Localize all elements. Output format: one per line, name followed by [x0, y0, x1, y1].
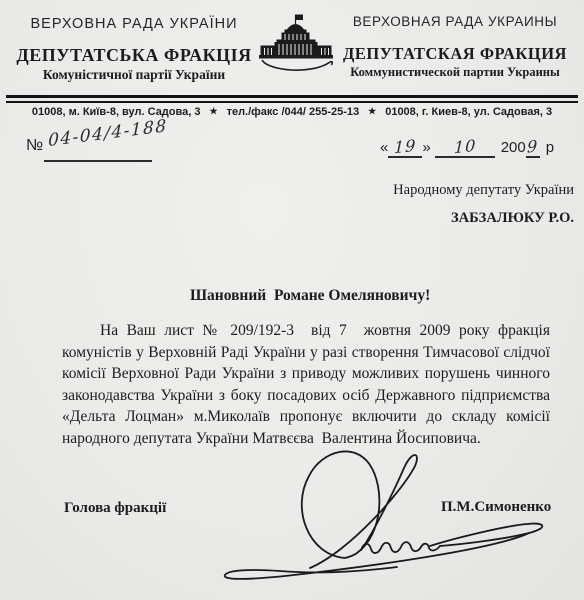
- ref-number-handwritten: 04-04/4-188: [48, 116, 168, 151]
- simonenko-signature: [195, 438, 565, 590]
- parliament-building-icon: [258, 14, 334, 78]
- recipient-role: Народному депутату України: [393, 182, 574, 199]
- address-ru: 01008, г. Киев-8, ул. Садовая, 3: [385, 106, 552, 118]
- date-year-printed: 200: [501, 139, 526, 156]
- recipient-name: ЗАБЗАЛЮКУ Р.О.: [393, 210, 574, 227]
- header-left-column: ВЕРХОВНА РАДА УКРАЇНИ ДЕПУТАТСЬКА ФРАКЦІ…: [10, 16, 258, 83]
- body-paragraph: На Ваш лист № 209/192-3 від 7 жовтня 200…: [62, 320, 550, 449]
- star-separator-icon: ★: [200, 106, 226, 116]
- address-ua: 01008, м. Київ-8, вул. Садова, 3: [32, 106, 201, 118]
- party-name-ua: Комуністичної партії України: [10, 67, 258, 83]
- party-name-ru: Коммунистической партии Украины: [332, 65, 578, 80]
- scanned-letter: ВЕРХОВНА РАДА УКРАЇНИ ДЕПУТАТСЬКА ФРАКЦІ…: [0, 0, 584, 600]
- header-right-column: ВЕРХОВНАЯ РАДА УКРАИНЫ ДЕПУТАТСКАЯ ФРАКЦ…: [332, 14, 578, 80]
- salutation: Шановний Романе Омеляновичу!: [190, 287, 430, 305]
- parliament-name-ua: ВЕРХОВНА РАДА УКРАЇНИ: [10, 16, 258, 32]
- date-close-quote: »: [422, 139, 430, 156]
- star-separator-icon: ★: [359, 106, 385, 116]
- date-line: «19»102009р: [380, 137, 554, 158]
- date-era-suffix: р: [546, 139, 554, 156]
- ref-number-underline: [44, 160, 152, 162]
- ref-number-label: №: [26, 137, 43, 155]
- faction-name-ua: ДЕПУТАТСЬКА ФРАКЦІЯ: [10, 45, 258, 66]
- header-rule-thin: [6, 101, 578, 103]
- faction-name-ru: ДЕПУТАТСКАЯ ФРАКЦИЯ: [332, 44, 578, 64]
- date-month-slot: 10: [435, 137, 495, 158]
- date-day-handwritten: 19: [394, 136, 417, 158]
- phone-fax: тел./факс /044/ 255-25-13: [227, 106, 360, 118]
- date-open-quote: «: [380, 139, 388, 156]
- date-day-slot: 19: [388, 137, 422, 158]
- date-year-slot: 9: [526, 137, 540, 158]
- date-month-handwritten: 10: [453, 136, 476, 158]
- parliament-name-ru: ВЕРХОВНАЯ РАДА УКРАИНЫ: [332, 14, 578, 29]
- header-rule-thick: [6, 95, 578, 98]
- recipient-block: Народному депутату України ЗАБЗАЛЮКУ Р.О…: [393, 182, 574, 227]
- signoff-title: Голова фракції: [64, 500, 166, 517]
- address-line: 01008, м. Київ-8, вул. Садова, 3★тел./фа…: [0, 106, 584, 118]
- date-year-handwritten: 9: [527, 136, 539, 156]
